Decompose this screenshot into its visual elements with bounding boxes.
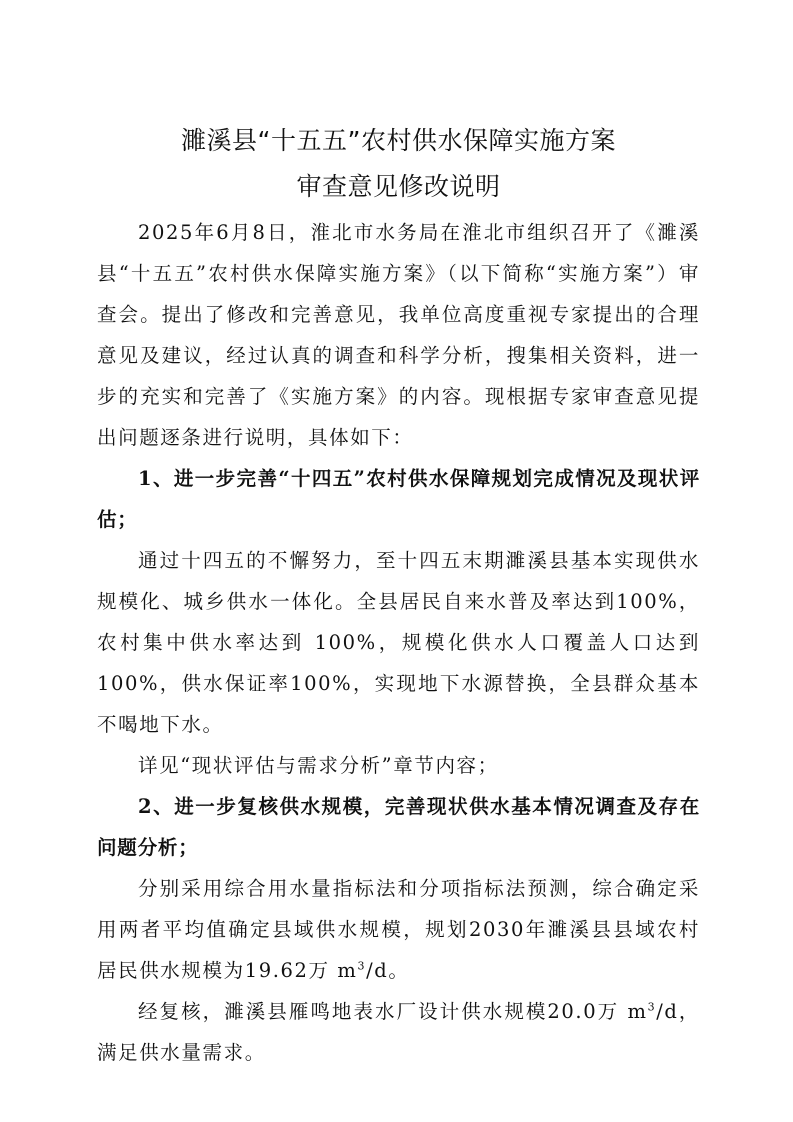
unit-suffix: /d。 — [366, 959, 409, 982]
section-2-body-2-text: 经复核，濉溪县雁鸣地表水厂设计供水规模20.0万 m — [138, 1000, 648, 1023]
section-2-body-2: 经复核，濉溪县雁鸣地表水厂设计供水规模20.0万 m3/d，满足供水量需求。 — [97, 991, 700, 1073]
document-page: 濉溪县“十五五”农村供水保障实施方案 审查意见修改说明 2025年6月8日，淮北… — [97, 118, 700, 1073]
superscript-3: 3 — [358, 960, 367, 973]
section-2-body-1: 分别采用综合用水量指标法和分项指标法预测，综合确定采用两者平均值确定县域供水规模… — [97, 868, 700, 991]
section-heading-2: 2、进一步复核供水规模，完善现状供水基本情况调查及存在问题分析； — [97, 786, 700, 868]
section-1-body: 通过十四五的不懈努力，至十四五末期濉溪县基本实现供水规模化、城乡供水一体化。全县… — [97, 540, 700, 745]
section-1-reference: 详见“现状评估与需求分析”章节内容； — [97, 745, 700, 786]
document-title-line2: 审查意见修改说明 — [97, 164, 700, 210]
superscript-3: 3 — [648, 1001, 657, 1014]
section-heading-1: 1、进一步完善“十四五”农村供水保障规划完成情况及现状评估； — [97, 458, 700, 540]
document-title-line1: 濉溪县“十五五”农村供水保障实施方案 — [97, 118, 700, 164]
intro-paragraph: 2025年6月8日，淮北市水务局在淮北市组织召开了《濉溪县“十五五”农村供水保障… — [97, 212, 700, 458]
